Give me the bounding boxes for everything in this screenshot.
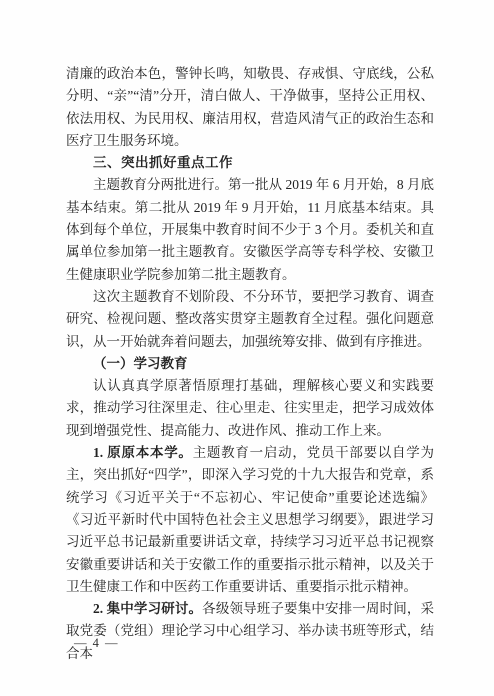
document-page: 清廉的政治本色，警钟长鸣，知敬畏、存戒惧、守底线，公私分明、“亲”“清”分开，清… [0,0,494,696]
body-text: 清廉的政治本色，警钟长鸣，知敬畏、存戒惧、守底线，公私分明、“亲”“清”分开，清… [66,63,434,665]
list-item-2-lead: 2. 集中学习研讨。 [93,601,202,616]
list-item-1: 1. 原原本本学。主题教育一启动，党员干部要以自学为主，突出抓好“四学”，即深入… [66,442,434,598]
page-number: — 4 — [74,636,119,651]
subsection-heading: （一）学习教育 [66,353,434,375]
paragraph-continuation: 清廉的政治本色，警钟长鸣，知敬畏、存戒惧、守底线，公私分明、“亲”“清”分开，清… [66,63,434,152]
list-item-2: 2. 集中学习研讨。各级领导班子要集中安排一周时间，采取党委（党组）理论学习中心… [66,598,434,665]
list-item-1-lead: 1. 原原本本学。 [93,445,193,460]
section-heading: 三、突出抓好重点工作 [66,152,434,174]
paragraph-process: 这次主题教育不划阶段、不分环节，要把学习教育、调查研究、检视问题、整改落实贯穿主… [66,286,434,353]
paragraph-schedule: 主题教育分两批进行。第一批从 2019 年 6 月开始，8 月底基本结束。第二批… [66,174,434,285]
paragraph-study-goal: 认认真真学原著悟原理打基础，理解核心要义和实践要求，推动学习往深里走、往心里走、… [66,375,434,442]
list-item-1-text: 主题教育一启动，党员干部要以自学为主，突出抓好“四学”，即深入学习党的十九大报告… [66,445,434,594]
